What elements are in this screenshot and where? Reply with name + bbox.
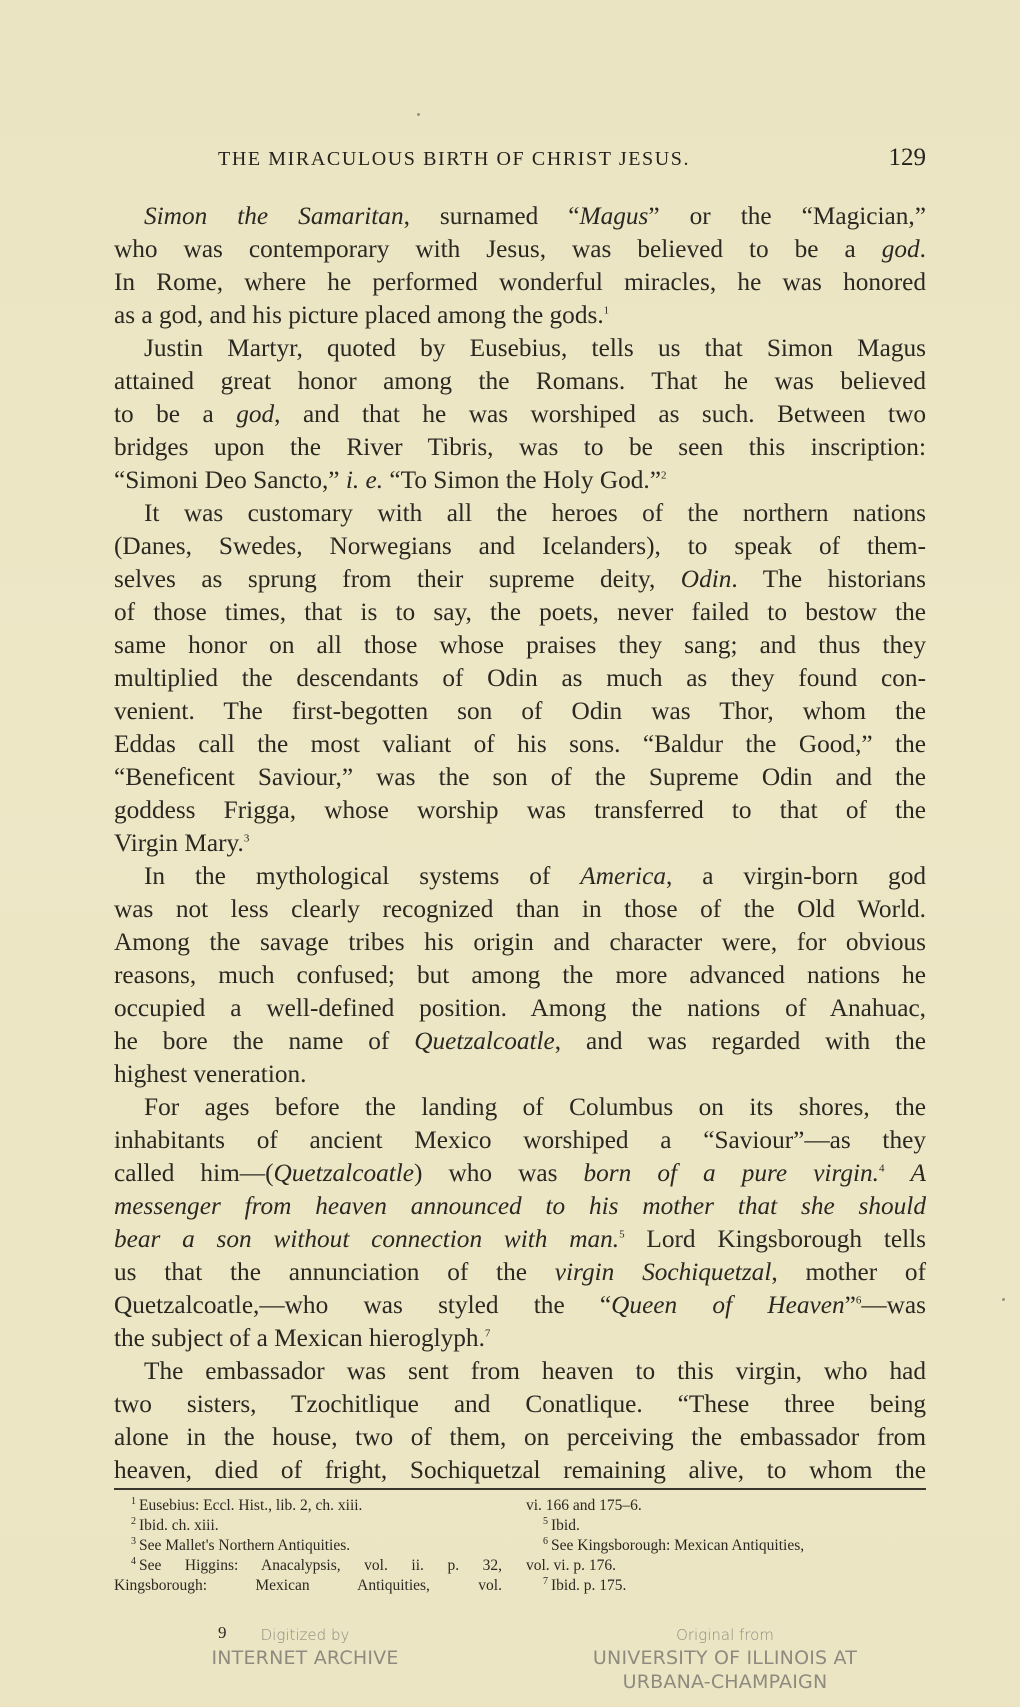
watermark-caption: Digitized by <box>200 1624 410 1646</box>
text-line: Quetzalcoatle,—who was styled the “Queen… <box>114 1289 926 1322</box>
text-line: same honor on all those whose praises th… <box>114 629 926 662</box>
text-line: Among the savage tribes his origin and c… <box>114 926 926 959</box>
text-line: The embassador was sent from heaven to t… <box>114 1355 926 1388</box>
italic-name: Simon the Samaritan <box>144 202 404 230</box>
text-run: , a virgin-born god <box>666 862 926 890</box>
footnotes: 1Eusebius: Eccl. Hist., lib. 2, ch. xiii… <box>114 1496 926 1596</box>
footnote-number: 1 <box>131 1496 136 1507</box>
italic-word: Quetzalcoatle <box>274 1159 415 1187</box>
paragraph-quetzalcoatle: For ages before the landing of Columbus … <box>114 1091 926 1355</box>
watermark-institution-line-1: UNIVERSITY OF ILLINOIS AT <box>575 1646 875 1670</box>
footnote-6-continued: vol. vi. p. 176. <box>526 1556 926 1576</box>
text-line: alone in the house, two of them, on perc… <box>114 1421 926 1454</box>
watermark-institution-line-2: URBANA-CHAMPAIGN <box>575 1670 875 1694</box>
footnote-number: 5 <box>543 1516 548 1527</box>
footnote-text: See Kingsborough: Mexican Antiquities, <box>551 1537 804 1554</box>
footnote-text: See Mallet's Northern Antiquities. <box>139 1537 350 1554</box>
footnote-4-continued: vi. 166 and 175–6. <box>526 1496 926 1516</box>
footnote-ref: 4 <box>879 1163 885 1175</box>
italic-word: Odin <box>681 565 732 593</box>
text-line: selves as sprung from their supreme deit… <box>114 563 926 596</box>
paper-speck <box>1002 1298 1005 1301</box>
text-run: Lord Kingsborough tells <box>646 1225 926 1253</box>
text-line: “Simoni Deo Sancto,” i. e. “To Simon the… <box>114 464 926 497</box>
text-line: was not less clearly recognized than in … <box>114 893 926 926</box>
footnote-text: Ibid. p. 175. <box>551 1577 626 1594</box>
footnote-6: 6See Kingsborough: Mexican Antiquities, <box>526 1536 926 1556</box>
text-run: the subject of a Mexican hieroglyph. <box>114 1324 485 1352</box>
footnote-number: 2 <box>131 1516 136 1527</box>
text-run: In the mythological systems of <box>144 862 580 890</box>
text-line: who was contemporary with Jesus, was bel… <box>114 233 926 266</box>
text-line: inhabitants of ancient Mexico worshiped … <box>114 1124 926 1157</box>
italic-phrase: bear a son without connection with man. <box>114 1225 619 1253</box>
text-line: It was customary with all the heroes of … <box>114 497 926 530</box>
text-line: Virgin Mary.3 <box>114 827 926 860</box>
text-line: attained great honor among the Romans. T… <box>114 365 926 398</box>
text-line: Simon the Samaritan, surnamed “Magus” or… <box>114 200 926 233</box>
italic-word: god <box>236 400 274 428</box>
text-line: occupied a well-defined position. Among … <box>114 992 926 1025</box>
text-run: called him—( <box>114 1159 274 1187</box>
text-line: venient. The first-begotten son of Odin … <box>114 695 926 728</box>
italic-phrase: Queen of Heaven <box>611 1291 844 1319</box>
text-line: he bore the name of Quetzalcoatle, and w… <box>114 1025 926 1058</box>
footnote-number: 7 <box>543 1576 548 1587</box>
paragraph-justin-martyr: Justin Martyr, quoted by Eusebius, tells… <box>114 332 926 497</box>
paper-speck <box>417 113 420 116</box>
digitized-by-watermark: Digitized by INTERNET ARCHIVE <box>200 1624 410 1670</box>
text-run: Quetzalcoatle,—who was styled the “ <box>114 1291 611 1319</box>
footnote-ref: 1 <box>604 305 610 317</box>
text-run: . <box>920 235 926 263</box>
paragraph-embassador: The embassador was sent from heaven to t… <box>114 1355 926 1487</box>
text-line: to be a god, and that he was worshiped a… <box>114 398 926 431</box>
text-run: he bore the name of <box>114 1027 414 1055</box>
text-line: “Beneficent Saviour,” was the son of the… <box>114 761 926 794</box>
italic-word: America <box>580 862 666 890</box>
text-line: Eddas call the most valiant of his sons.… <box>114 728 926 761</box>
footnote-text: Ibid. ch. xiii. <box>139 1517 219 1534</box>
text-run: , surnamed “ <box>404 202 580 230</box>
text-line: two sisters, Tzochitlique and Conatlique… <box>114 1388 926 1421</box>
text-run: “Simoni Deo Sancto,” <box>114 466 346 494</box>
footnotes-left-column: 1Eusebius: Eccl. Hist., lib. 2, ch. xiii… <box>114 1496 502 1596</box>
original-from-watermark: Original from UNIVERSITY OF ILLINOIS AT … <box>575 1624 875 1694</box>
text-run: , and was regarded with the <box>555 1027 926 1055</box>
text-line: highest veneration. <box>114 1058 926 1091</box>
footnote-ref: 5 <box>619 1229 625 1241</box>
footnote-number: 4 <box>131 1556 136 1567</box>
italic-phrase: virgin Sochiquetzal <box>555 1258 772 1286</box>
text-line: us that the annunciation of the virgin S… <box>114 1256 926 1289</box>
text-line: goddess Frigga, whose worship was transf… <box>114 794 926 827</box>
page-number: 129 <box>889 144 927 172</box>
footnotes-right-column: vi. 166 and 175–6. 5Ibid. 6See Kingsboro… <box>526 1496 926 1596</box>
text-run: , mother of <box>771 1258 926 1286</box>
text-line: the subject of a Mexican hieroglyph.7 <box>114 1322 926 1355</box>
paragraph-northern-nations: It was customary with all the heroes of … <box>114 497 926 860</box>
watermark-source: INTERNET ARCHIVE <box>200 1646 410 1670</box>
footnote-ref: 7 <box>485 1328 491 1340</box>
footnote-text: Ibid. <box>551 1517 580 1534</box>
text-line: bear a son without connection with man.5… <box>114 1223 926 1256</box>
book-page: THE MIRACULOUS BIRTH OF CHRIST JESUS. 12… <box>0 0 1020 1707</box>
paragraph-america: In the mythological systems of America, … <box>114 860 926 1091</box>
text-run: , and that he was worshiped as such. Bet… <box>274 400 926 428</box>
text-line: multiplied the descendants of Odin as mu… <box>114 662 926 695</box>
footnote-text: See Higgins: Anacalypsis, vol. ii. p. 32… <box>139 1557 502 1574</box>
footnote-2: 2Ibid. ch. xiii. <box>114 1516 502 1536</box>
text-run: Virgin Mary. <box>114 829 244 857</box>
text-line: as a god, and his picture placed among t… <box>114 299 926 332</box>
text-run: selves as sprung from their supreme deit… <box>114 565 681 593</box>
footnote-7: 7Ibid. p. 175. <box>526 1576 926 1596</box>
footnote-1: 1Eusebius: Eccl. Hist., lib. 2, ch. xiii… <box>114 1496 502 1516</box>
paragraph-simon-magus: Simon the Samaritan, surnamed “Magus” or… <box>114 200 926 332</box>
text-run: “To Simon the Holy God.” <box>383 466 661 494</box>
text-line: For ages before the landing of Columbus … <box>114 1091 926 1124</box>
text-line: of those times, that is to say, the poet… <box>114 596 926 629</box>
text-run: —was <box>861 1291 926 1319</box>
italic-word: i. e. <box>346 466 383 494</box>
text-run: to be a <box>114 400 236 428</box>
running-title: THE MIRACULOUS BIRTH OF CHRIST JESUS. <box>218 148 690 171</box>
text-line: heaven, died of fright, Sochiquetzal rem… <box>114 1454 926 1487</box>
italic-phrase: born of a pure virgin. <box>583 1159 879 1187</box>
footnote-5: 5Ibid. <box>526 1516 926 1536</box>
text-run: who was contemporary with Jesus, was bel… <box>114 235 882 263</box>
italic-word: Magus <box>580 202 649 230</box>
text-run: us that the annunciation of the <box>114 1258 555 1286</box>
text-line: (Danes, Swedes, Norwegians and Icelander… <box>114 530 926 563</box>
body-text: Simon the Samaritan, surnamed “Magus” or… <box>114 200 926 1487</box>
text-line: called him—(Quetzalcoatle) who was born … <box>114 1157 926 1190</box>
footnote-3: 3See Mallet's Northern Antiquities. <box>114 1536 502 1556</box>
text-line: reasons, much confused; but among the mo… <box>114 959 926 992</box>
text-line: In the mythological systems of America, … <box>114 860 926 893</box>
text-line: bridges upon the River Tibris, was to be… <box>114 431 926 464</box>
text-line: In Rome, where he performed wonderful mi… <box>114 266 926 299</box>
text-run: ” or the “Magician,” <box>648 202 926 230</box>
running-head: THE MIRACULOUS BIRTH OF CHRIST JESUS. 12… <box>218 144 926 172</box>
italic-word: god <box>882 235 920 263</box>
text-run: as a god, and his picture placed among t… <box>114 301 604 329</box>
watermark-caption: Original from <box>575 1624 875 1646</box>
footnote-number: 6 <box>543 1536 548 1547</box>
footnote-divider <box>114 1488 926 1490</box>
italic-word: A <box>911 1159 926 1187</box>
text-run: . The historians <box>731 565 926 593</box>
footnote-text: Eusebius: Eccl. Hist., lib. 2, ch. xiii. <box>139 1497 362 1514</box>
text-line: Justin Martyr, quoted by Eusebius, tells… <box>114 332 926 365</box>
text-run: ” <box>845 1291 856 1319</box>
italic-word: Quetzalcoatle <box>414 1027 555 1055</box>
footnote-number: 3 <box>131 1536 136 1547</box>
text-line: messenger from heaven announced to his m… <box>114 1190 926 1223</box>
footnote-ref: 2 <box>661 470 667 482</box>
footnote-4-continued: Kingsborough: Mexican Antiquities, vol. <box>114 1576 502 1596</box>
footnote-4: 4See Higgins: Anacalypsis, vol. ii. p. 3… <box>114 1556 502 1576</box>
text-run: ) who was <box>414 1159 583 1187</box>
footnote-ref: 3 <box>244 833 250 845</box>
